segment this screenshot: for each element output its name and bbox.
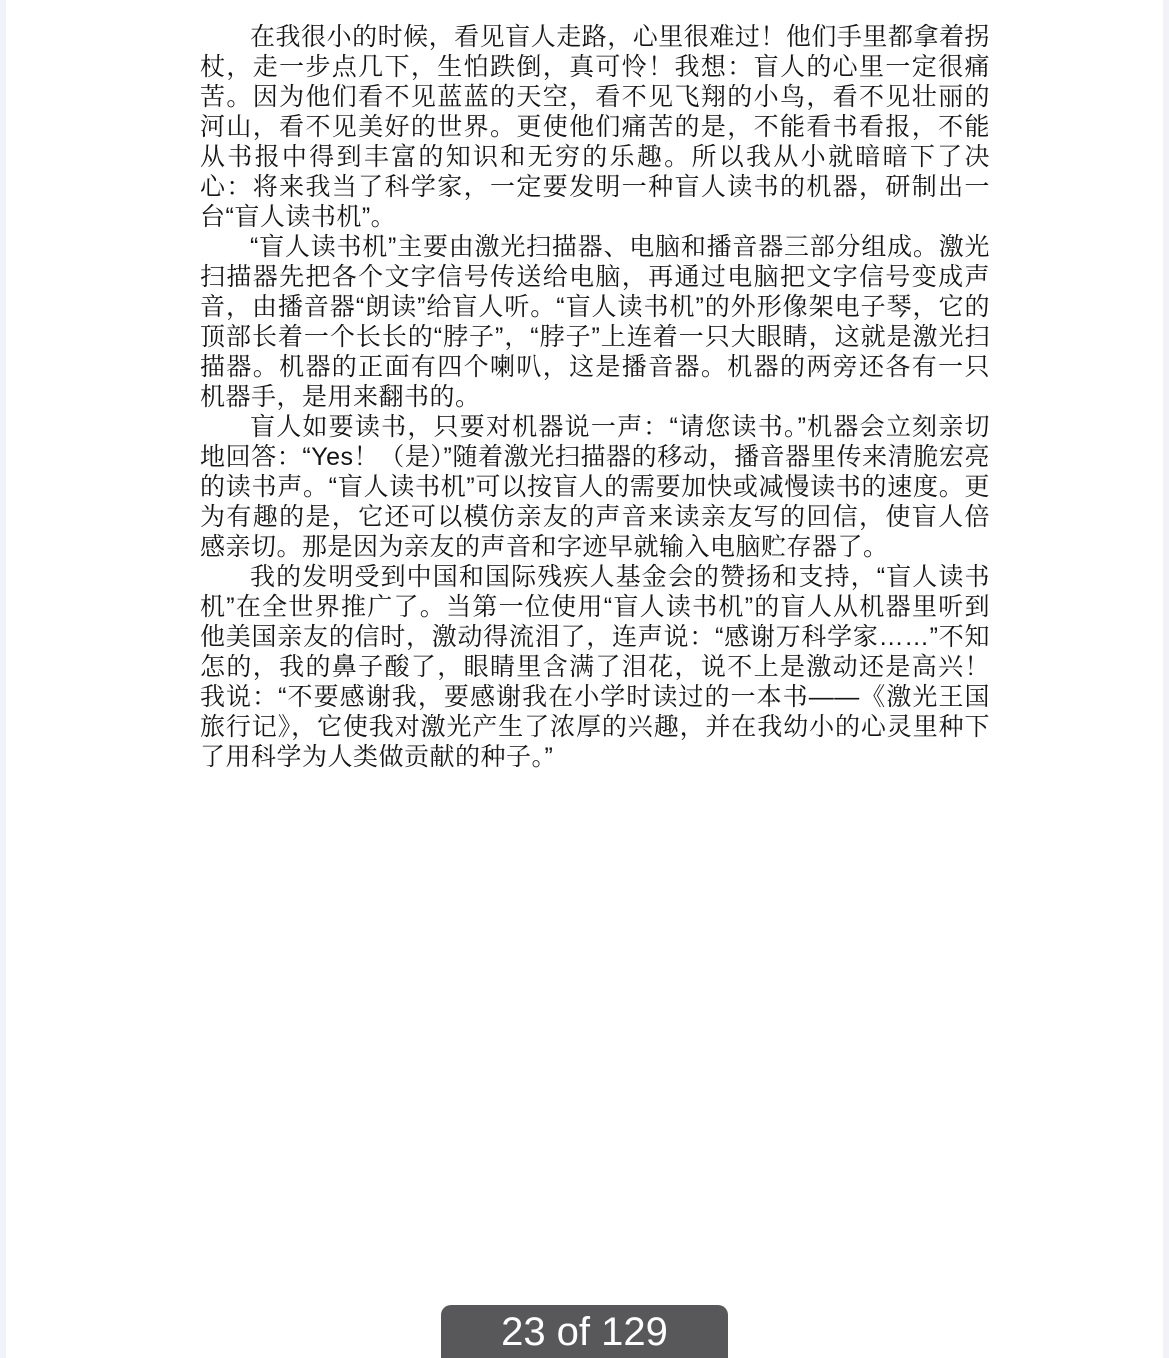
paragraph-1: 在我很小的时候，看见盲人走路，心里很难过！他们手里都拿着拐杖，走一步点几下，生怕… bbox=[200, 22, 990, 232]
paragraph-4: 我的发明受到中国和国际残疾人基金会的赞扬和支持，“盲人读书机”在全世界推广了。当… bbox=[200, 562, 990, 772]
viewport-left-gutter bbox=[0, 0, 6, 1358]
page-indicator-label: 23 of 129 bbox=[501, 1312, 668, 1352]
viewport-right-gutter bbox=[1163, 0, 1169, 1358]
paragraph-3: 盲人如要读书，只要对机器说一声：“请您读书。”机器会立刻亲切地回答：“Yes！（… bbox=[200, 412, 990, 562]
document-text: 在我很小的时候，看见盲人走路，心里很难过！他们手里都拿着拐杖，走一步点几下，生怕… bbox=[200, 22, 990, 772]
paragraph-2: “盲人读书机”主要由激光扫描器、电脑和播音器三部分组成。激光扫描器先把各个文字信… bbox=[200, 232, 990, 412]
page-indicator[interactable]: 23 of 129 bbox=[441, 1305, 728, 1358]
